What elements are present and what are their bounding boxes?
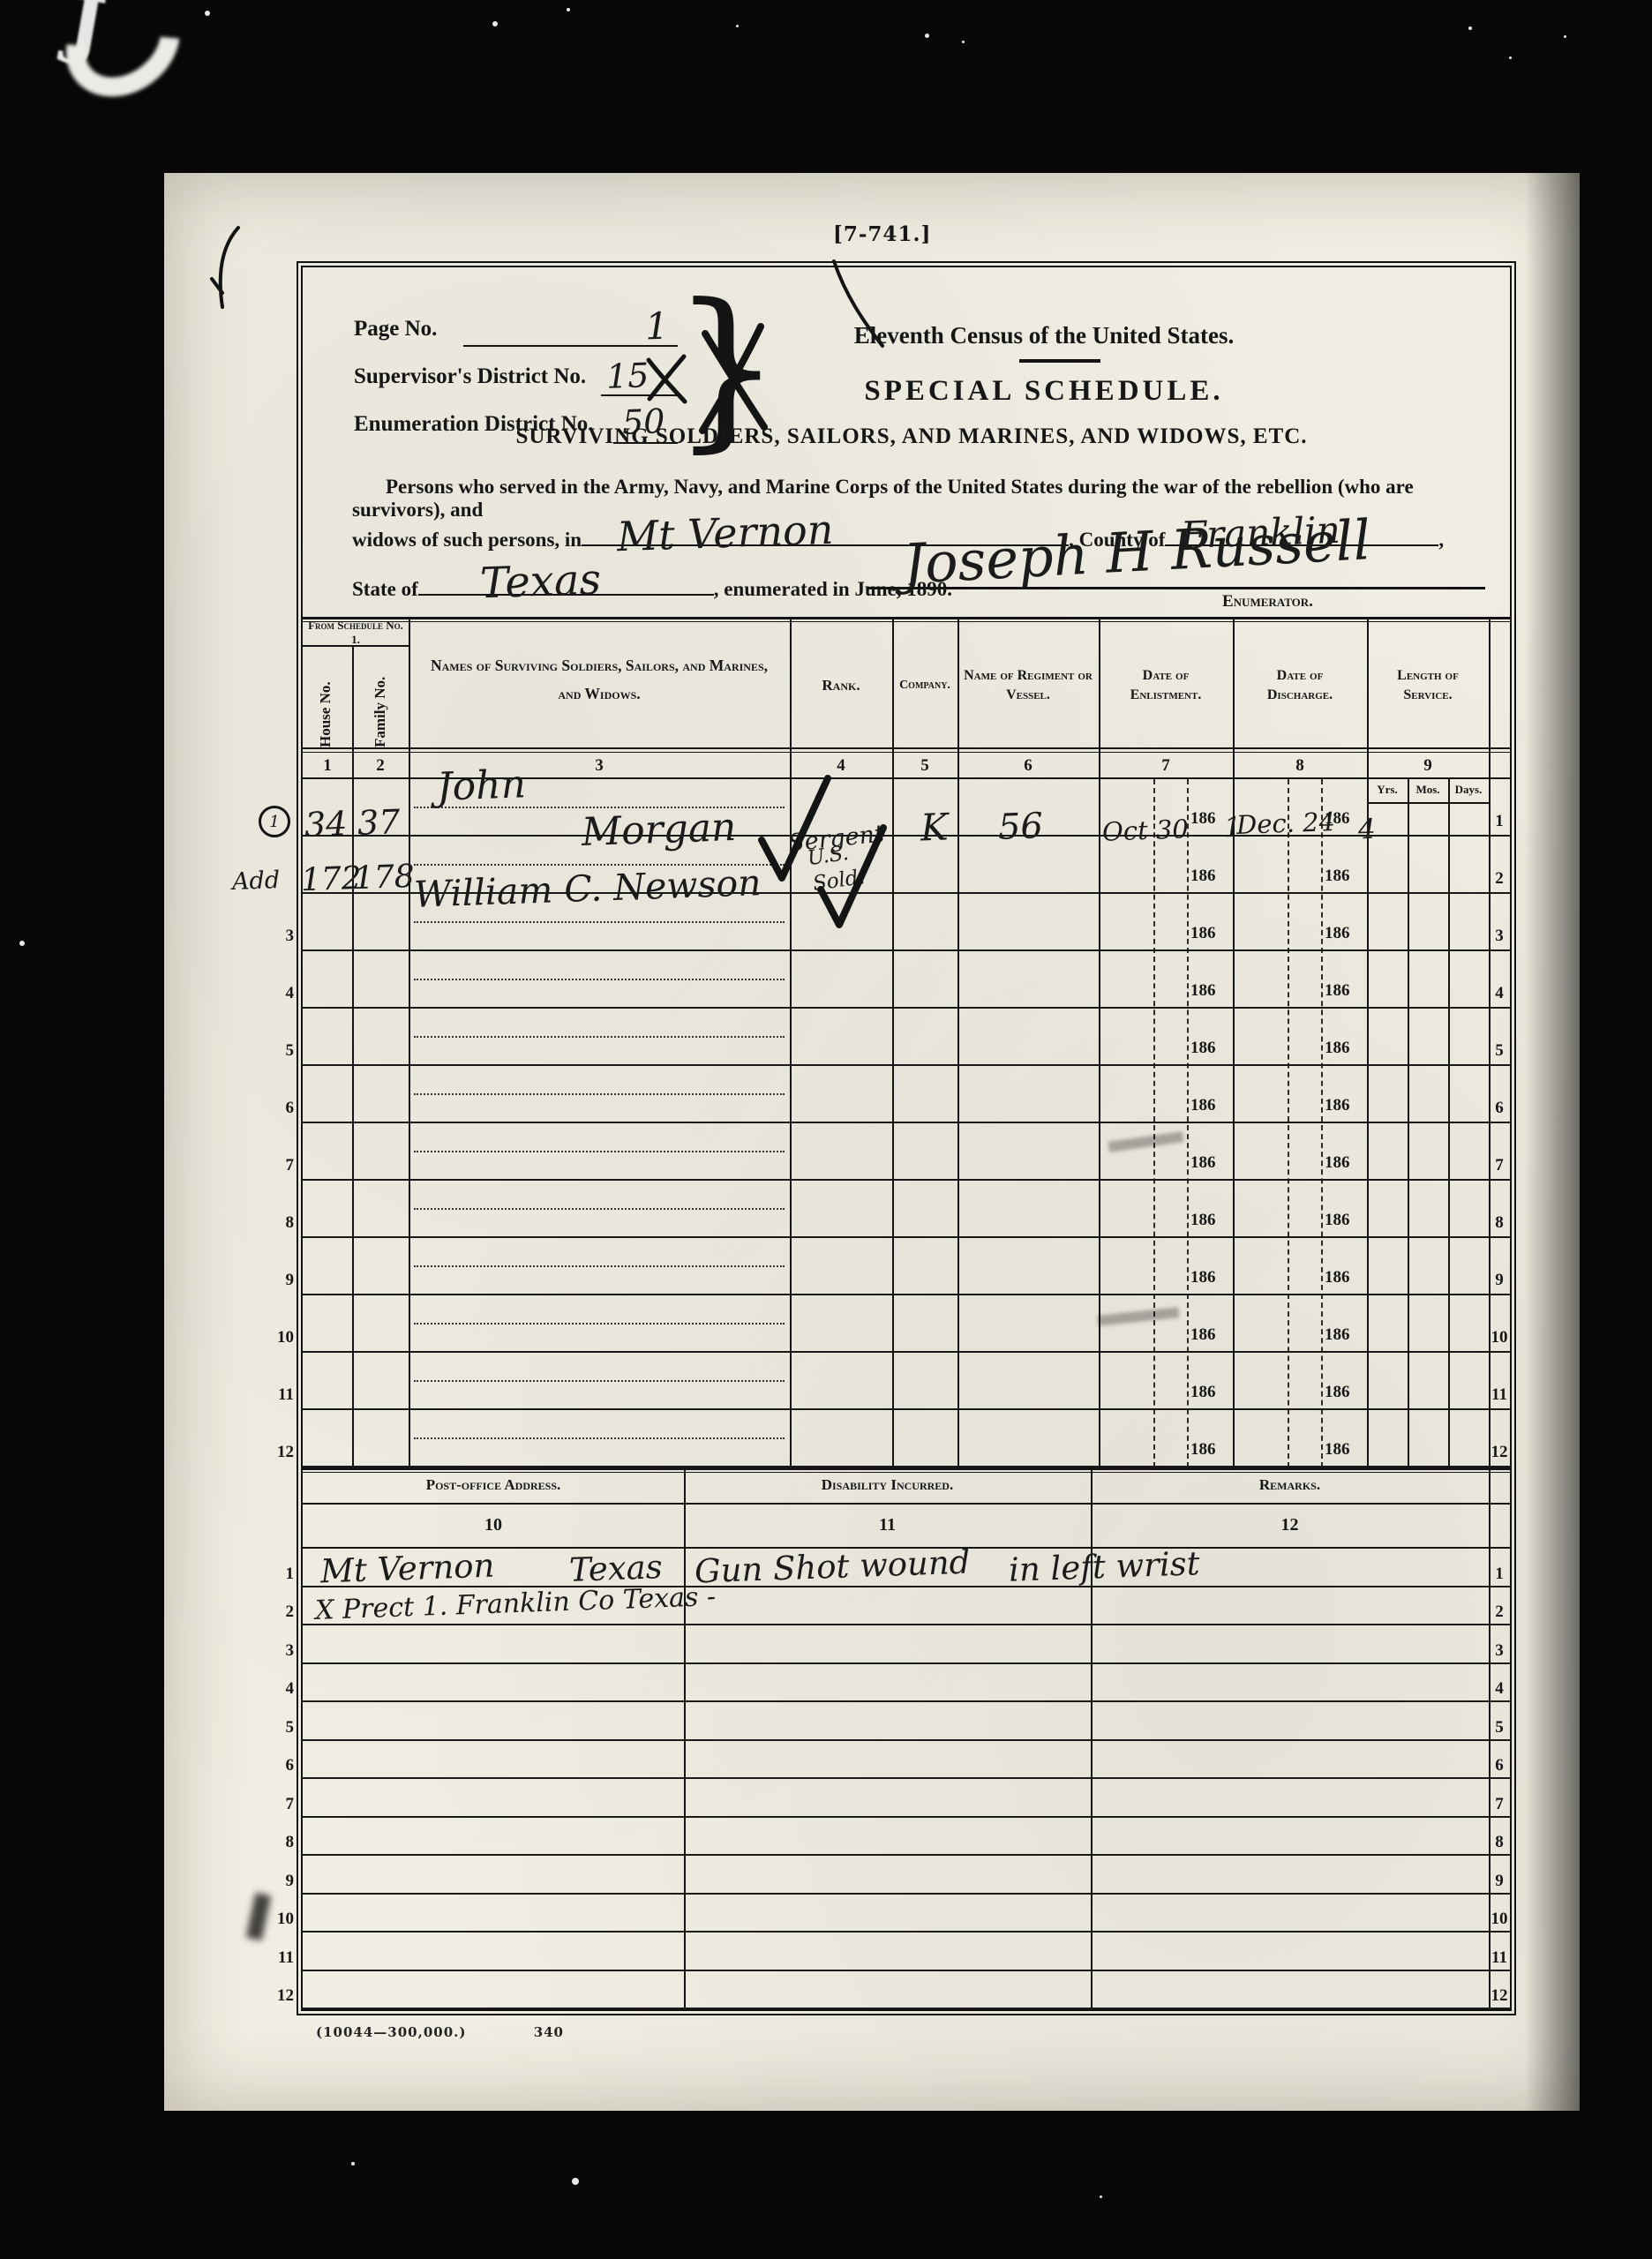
row-number-right: 1 <box>1489 812 1510 831</box>
name-dotted-line <box>414 1323 785 1325</box>
table-row: 9 9 <box>303 1856 1510 1895</box>
county-suffix: , <box>1438 529 1444 551</box>
table-row: 10 186 186 10 <box>303 1295 1510 1353</box>
film-speck <box>572 2178 579 2185</box>
schedule-subtitle: SURVIVING SOLDIERS, SAILORS, AND MARINES… <box>462 424 1362 449</box>
name-dotted-line <box>414 1208 785 1210</box>
print-code: (10044—300,000.) 340 <box>316 2024 564 2040</box>
name-dotted-line <box>414 1093 785 1095</box>
row-number-left: 4 <box>260 1679 294 1699</box>
state-blank: Texas <box>418 567 714 596</box>
entry-address-place-1: Mt Vernon <box>319 1550 495 1588</box>
family-no-header: Family No. <box>372 657 389 747</box>
print-run-number: 340 <box>534 2024 564 2040</box>
name-dotted-line <box>414 1265 785 1267</box>
discharge-year-preprint: 186 <box>1325 1211 1350 1230</box>
discharge-year-preprint: 186 <box>1325 1268 1350 1287</box>
table-row: 6 6 <box>303 1741 1510 1780</box>
enlist-year-preprint: 186 <box>1190 1325 1216 1345</box>
place-value: Mt Vernon <box>616 509 834 558</box>
table-row: 3 3 <box>303 1625 1510 1664</box>
name-dotted-line <box>414 979 785 980</box>
row-number-left: 9 <box>260 1872 294 1891</box>
discharge-year-preprint: 186 <box>1325 1039 1350 1058</box>
row-number-right: 2 <box>1489 869 1510 889</box>
row-number-left: 3 <box>260 927 294 946</box>
name-dotted-line <box>414 921 785 923</box>
header-rule <box>303 752 1510 753</box>
row-number-right: 8 <box>1489 1213 1510 1233</box>
row-number-left: 11 <box>260 1385 294 1405</box>
enumerator-label: Enumerator. <box>1222 592 1313 612</box>
column-number: 6 <box>957 756 1099 776</box>
row-number-right: 7 <box>1489 1156 1510 1175</box>
column-number: 12 <box>1091 1515 1489 1535</box>
form-number: [7-741.] <box>833 222 931 246</box>
row-number-left: 2 <box>260 1602 294 1622</box>
row-number-right: 1 <box>1489 1565 1510 1584</box>
film-speck <box>962 41 965 43</box>
row-number-left: 10 <box>260 1328 294 1347</box>
discharge-year-preprint: 186 <box>1325 1153 1350 1173</box>
row-number-right: 11 <box>1489 1385 1510 1405</box>
intro-line-2-prefix: widows of such persons, in <box>352 529 582 551</box>
entry-last-name-1: Morgan <box>581 808 737 852</box>
address-header: Post-office Address. <box>303 1476 684 1494</box>
column-number: 2 <box>352 756 409 776</box>
table-rule <box>303 1467 1510 1470</box>
table-rule <box>303 621 1510 622</box>
regiment-header: Name of Regiment or Vessel. <box>961 666 1095 706</box>
row-number-right: 9 <box>1489 1271 1510 1290</box>
paper-sheet: [7-741.] Page No. 1 Supervisor's Distric… <box>164 173 1580 2111</box>
names-header: Names of Surviving Soldiers, Sailors, an… <box>417 652 781 708</box>
page-no-value: 1 <box>644 308 669 346</box>
film-speck <box>1100 2195 1102 2198</box>
row-number-left: 8 <box>260 1213 294 1233</box>
entry-regiment-1: 56 <box>997 808 1043 845</box>
soldiers-table: From Schedule No. 1. House No. Family No… <box>303 617 1510 1467</box>
discharge-year-preprint: 186 <box>1325 1383 1350 1402</box>
header-rule <box>303 747 1510 749</box>
schedule-title: SPECIAL SCHEDULE. <box>762 375 1326 408</box>
table-row: 4 4 <box>303 1664 1510 1703</box>
row-number-right: 9 <box>1489 1872 1510 1891</box>
row-number-left: 6 <box>260 1756 294 1775</box>
row-number-right: 12 <box>1489 1443 1510 1462</box>
row-number-left: 11 <box>260 1948 294 1968</box>
state-value: Texas <box>479 559 602 605</box>
entry-address-state-1: Texas <box>568 1550 663 1587</box>
enlist-year-preprint: 186 <box>1190 1268 1216 1287</box>
house-no-header: House No. <box>317 657 334 747</box>
row-number-right: 4 <box>1489 984 1510 1003</box>
table-rule <box>303 1472 1510 1473</box>
table-row: 5 186 186 5 <box>303 1009 1510 1066</box>
column-number: 7 <box>1099 756 1233 776</box>
row-number-right: 10 <box>1489 1910 1510 1929</box>
enlist-year-preprint: 186 <box>1190 1096 1216 1115</box>
entry-enlist-date-1: Oct 30 <box>1102 816 1190 844</box>
table-row: 6 186 186 6 <box>303 1066 1510 1123</box>
row-number-right: 4 <box>1489 1679 1510 1699</box>
page-no-label: Page No. <box>354 317 437 341</box>
enlist-year-preprint: 186 <box>1190 1211 1216 1230</box>
row-number-right: 7 <box>1489 1795 1510 1814</box>
film-blob <box>44 0 203 119</box>
entry-remarks-1: in left wrist <box>1008 1547 1200 1587</box>
discharge-year-preprint: 186 <box>1325 1325 1350 1345</box>
name-dotted-line <box>414 1437 785 1439</box>
supervisor-district-value: 15 <box>605 358 650 394</box>
discharge-year-preprint: 186 <box>1325 867 1350 886</box>
table-row: 7 186 186 7 <box>303 1123 1510 1181</box>
row-number-left: 7 <box>260 1795 294 1814</box>
discharge-header: Date of Discharge. <box>1243 666 1356 706</box>
entry-discharge-date-1: Dec. 24 <box>1236 809 1336 838</box>
entry-house-1: 34 <box>304 807 348 842</box>
film-speck <box>567 8 570 11</box>
column-number: 11 <box>684 1515 1091 1535</box>
entry-family-2: 178 <box>353 861 415 895</box>
group-header-schedule: From Schedule No. 1. <box>304 619 407 646</box>
enlistment-header: Date of Enlistment. <box>1109 666 1222 706</box>
row-number-right: 2 <box>1489 1602 1510 1622</box>
enlist-year-preprint: 186 <box>1190 1383 1216 1402</box>
length-header: Length of Service. <box>1376 666 1480 706</box>
row-number-left: 8 <box>260 1833 294 1852</box>
column-number: 8 <box>1233 756 1367 776</box>
scanned-census-page: J [7-741.] Page No. 1 Supervisor's Distr… <box>0 0 1652 2259</box>
row-number-right: 3 <box>1489 927 1510 946</box>
rank-header: Rank. <box>790 677 892 694</box>
table-row: 8 186 186 8 <box>303 1181 1510 1238</box>
row-number-left: 5 <box>260 1718 294 1737</box>
table-row: 5 5 <box>303 1702 1510 1741</box>
row-number-left: 6 <box>260 1099 294 1118</box>
disability-header: Disability Incurred. <box>684 1476 1091 1494</box>
margin-note-add: Add <box>232 868 281 894</box>
discharge-year-preprint: 186 <box>1325 981 1350 1001</box>
film-speck <box>205 11 210 16</box>
row-number-right: 5 <box>1489 1718 1510 1737</box>
signature-line <box>867 587 1485 589</box>
row-number-right: 5 <box>1489 1041 1510 1061</box>
film-speck <box>1509 56 1512 59</box>
column-number: 4 <box>790 756 892 776</box>
table-row: 10 10 <box>303 1895 1510 1933</box>
name-dotted-line <box>414 1036 785 1038</box>
row-number-left: 9 <box>260 1271 294 1290</box>
address-disability-table: Post-office Address. Disability Incurred… <box>303 1467 1510 2009</box>
row-number-right: 3 <box>1489 1641 1510 1661</box>
discharge-year-preprint: 186 <box>1325 924 1350 943</box>
row-number-right: 6 <box>1489 1099 1510 1118</box>
column-number: 5 <box>892 756 957 776</box>
table-row: 4 186 186 4 <box>303 951 1510 1009</box>
margin-circled-number: 1 <box>259 806 290 837</box>
column-number: 10 <box>303 1515 684 1535</box>
enlist-year-preprint: 186 <box>1190 924 1216 943</box>
entry-discharge-year-1: 4 <box>1357 816 1376 844</box>
row-number-left: 12 <box>260 1443 294 1462</box>
census-title: Eleventh Census of the United States. <box>762 322 1326 349</box>
print-code-text: (10044—300,000.) <box>316 2024 466 2040</box>
film-speck <box>736 25 739 27</box>
company-header: Company. <box>892 679 957 693</box>
table-row: 12 186 186 12 <box>303 1410 1510 1467</box>
header-rule <box>303 645 409 647</box>
film-speck <box>19 941 25 946</box>
film-speck <box>492 21 498 26</box>
entry-family-1: 37 <box>357 805 401 840</box>
column-number: 1 <box>303 756 352 776</box>
enlist-year-preprint: 186 <box>1190 809 1216 829</box>
header-rule <box>303 1503 1510 1505</box>
table-row: 8 8 <box>303 1818 1510 1857</box>
discharge-year-preprint: 186 <box>1325 1440 1350 1460</box>
row-number-right: 8 <box>1489 1833 1510 1852</box>
row-number-left: 12 <box>260 1986 294 2006</box>
schedule-border: Page No. 1 Supervisor's District No. 15 … <box>297 261 1516 2015</box>
table-row: 9 186 186 9 <box>303 1238 1510 1295</box>
enlist-year-preprint: 186 <box>1190 981 1216 1001</box>
table-row: 11 11 <box>303 1933 1510 1971</box>
table-row: 12 12 <box>303 1971 1510 2010</box>
row-number-right: 10 <box>1489 1328 1510 1347</box>
name-dotted-line <box>414 1151 785 1152</box>
film-speck <box>1564 35 1566 38</box>
entry-first-name-1: John <box>436 765 526 807</box>
enlist-year-preprint: 186 <box>1190 1039 1216 1058</box>
row-number-right: 11 <box>1489 1948 1510 1968</box>
enlist-year-preprint: 186 <box>1190 1153 1216 1173</box>
film-speck <box>925 34 929 38</box>
entry-company-1: K <box>920 808 949 846</box>
row-number-left: 7 <box>260 1156 294 1175</box>
title-rule <box>1019 359 1100 363</box>
table-rule <box>303 617 1510 619</box>
discharge-year-preprint: 186 <box>1325 1096 1350 1115</box>
row-number-left: 1 <box>260 1565 294 1584</box>
row-number-left: 4 <box>260 984 294 1003</box>
name-dotted-line <box>414 1380 785 1382</box>
row-number-left: 3 <box>260 1641 294 1661</box>
supervisor-district-label: Supervisor's District No. <box>354 364 586 389</box>
film-speck <box>1468 26 1472 30</box>
row-number-left: 10 <box>260 1910 294 1929</box>
entry-disability-1: Gun Shot wound <box>694 1546 970 1588</box>
column-number: 9 <box>1367 756 1489 776</box>
enlist-year-preprint: 186 <box>1190 1440 1216 1460</box>
table-row: 7 7 <box>303 1779 1510 1818</box>
intro-line-3: State of Texas , enumerated in June, 189… <box>352 567 952 601</box>
table-row: 11 186 186 11 <box>303 1353 1510 1410</box>
row-number-right: 6 <box>1489 1756 1510 1775</box>
remarks-header: Remarks. <box>1091 1476 1489 1494</box>
film-speck <box>351 2162 355 2165</box>
state-label: State of <box>352 578 418 600</box>
enlist-year-preprint: 186 <box>1190 867 1216 886</box>
row-number-right: 12 <box>1489 1986 1510 2006</box>
row-number-left: 5 <box>260 1041 294 1061</box>
